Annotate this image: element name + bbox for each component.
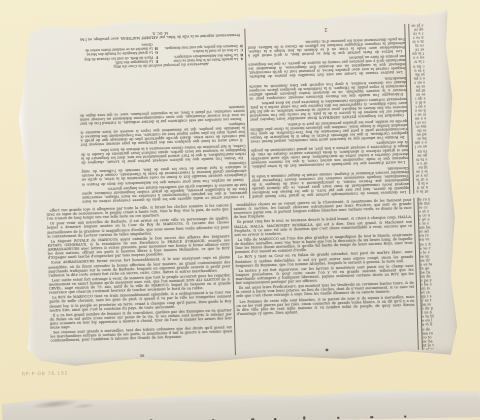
top-page-column-1: Les dernieres lettres de Constantinople … [247,24,409,199]
legend-letter: F [153,54,158,58]
body-text-paragraph: L'on escrit d'Anvers que les marchands s… [251,140,409,169]
pencil-smudge [30,397,81,410]
top-page-column-2: Le courrier arriué ce matin apporte que … [77,29,247,204]
text-fragment-speck [337,416,339,419]
body-text-paragraph: Les dernieres lettres de Constantinople … [251,166,409,199]
text-fragment-speck [303,416,305,419]
body-text-paragraph: Les Femmes de ceste ville sont blanches,… [236,295,414,316]
upside-down-printed-page: nt la au re de la po ur le ro y et le s … [77,23,428,203]
body-text-paragraph: Cependant les Seigneurs ESTATS GENERAUX … [249,97,407,122]
legend-letter: C [238,47,243,51]
clipped-margin-column: nt la au re de la po ur le ro y et le s … [411,23,428,193]
body-text-paragraph: Le courrier arriué ce matin apporte que … [82,183,247,204]
bottom-page-column-2: semblables choses ne se voyent gueres en… [233,198,415,355]
legend-letter: D [238,43,243,47]
legend-item: HLe marché où se vendent toutes sortes d… [78,42,158,52]
body-text-paragraph: Les nauires venans de Levant ont esté fo… [248,54,406,79]
lettered-legend-list: ALa grande Tente où le Roy tient sa Cour… [78,39,244,65]
bottom-page-column-1: effect vne grande ioye & allegresse par … [47,203,233,360]
legend-letter: B [238,52,243,56]
body-text-paragraph: D'Alemagne l'on mande que les Princes El… [249,75,407,100]
text-fragment-speck [404,415,406,418]
text-fragment-speck [370,416,373,419]
scanned-broadsheet: nt la au re de la po ur le ro y et le s … [15,7,461,370]
next-sheet-edge [2,383,480,420]
legend-text: Le marché où se vendent toutes sortes de… [78,42,153,52]
legend-letter: G [153,50,158,54]
inventory-number-pencil: RP-P-OB 76.192 [22,372,68,378]
upright-printed-page: effect vne grande ioye & allegresse par … [47,197,441,361]
body-text-paragraph: De Romme l'on aduertit que sa Saincteté … [250,119,408,144]
body-text-paragraph: nt la au re de la po ur le ro y et le s … [411,23,428,193]
legend-letter: H [153,42,158,50]
